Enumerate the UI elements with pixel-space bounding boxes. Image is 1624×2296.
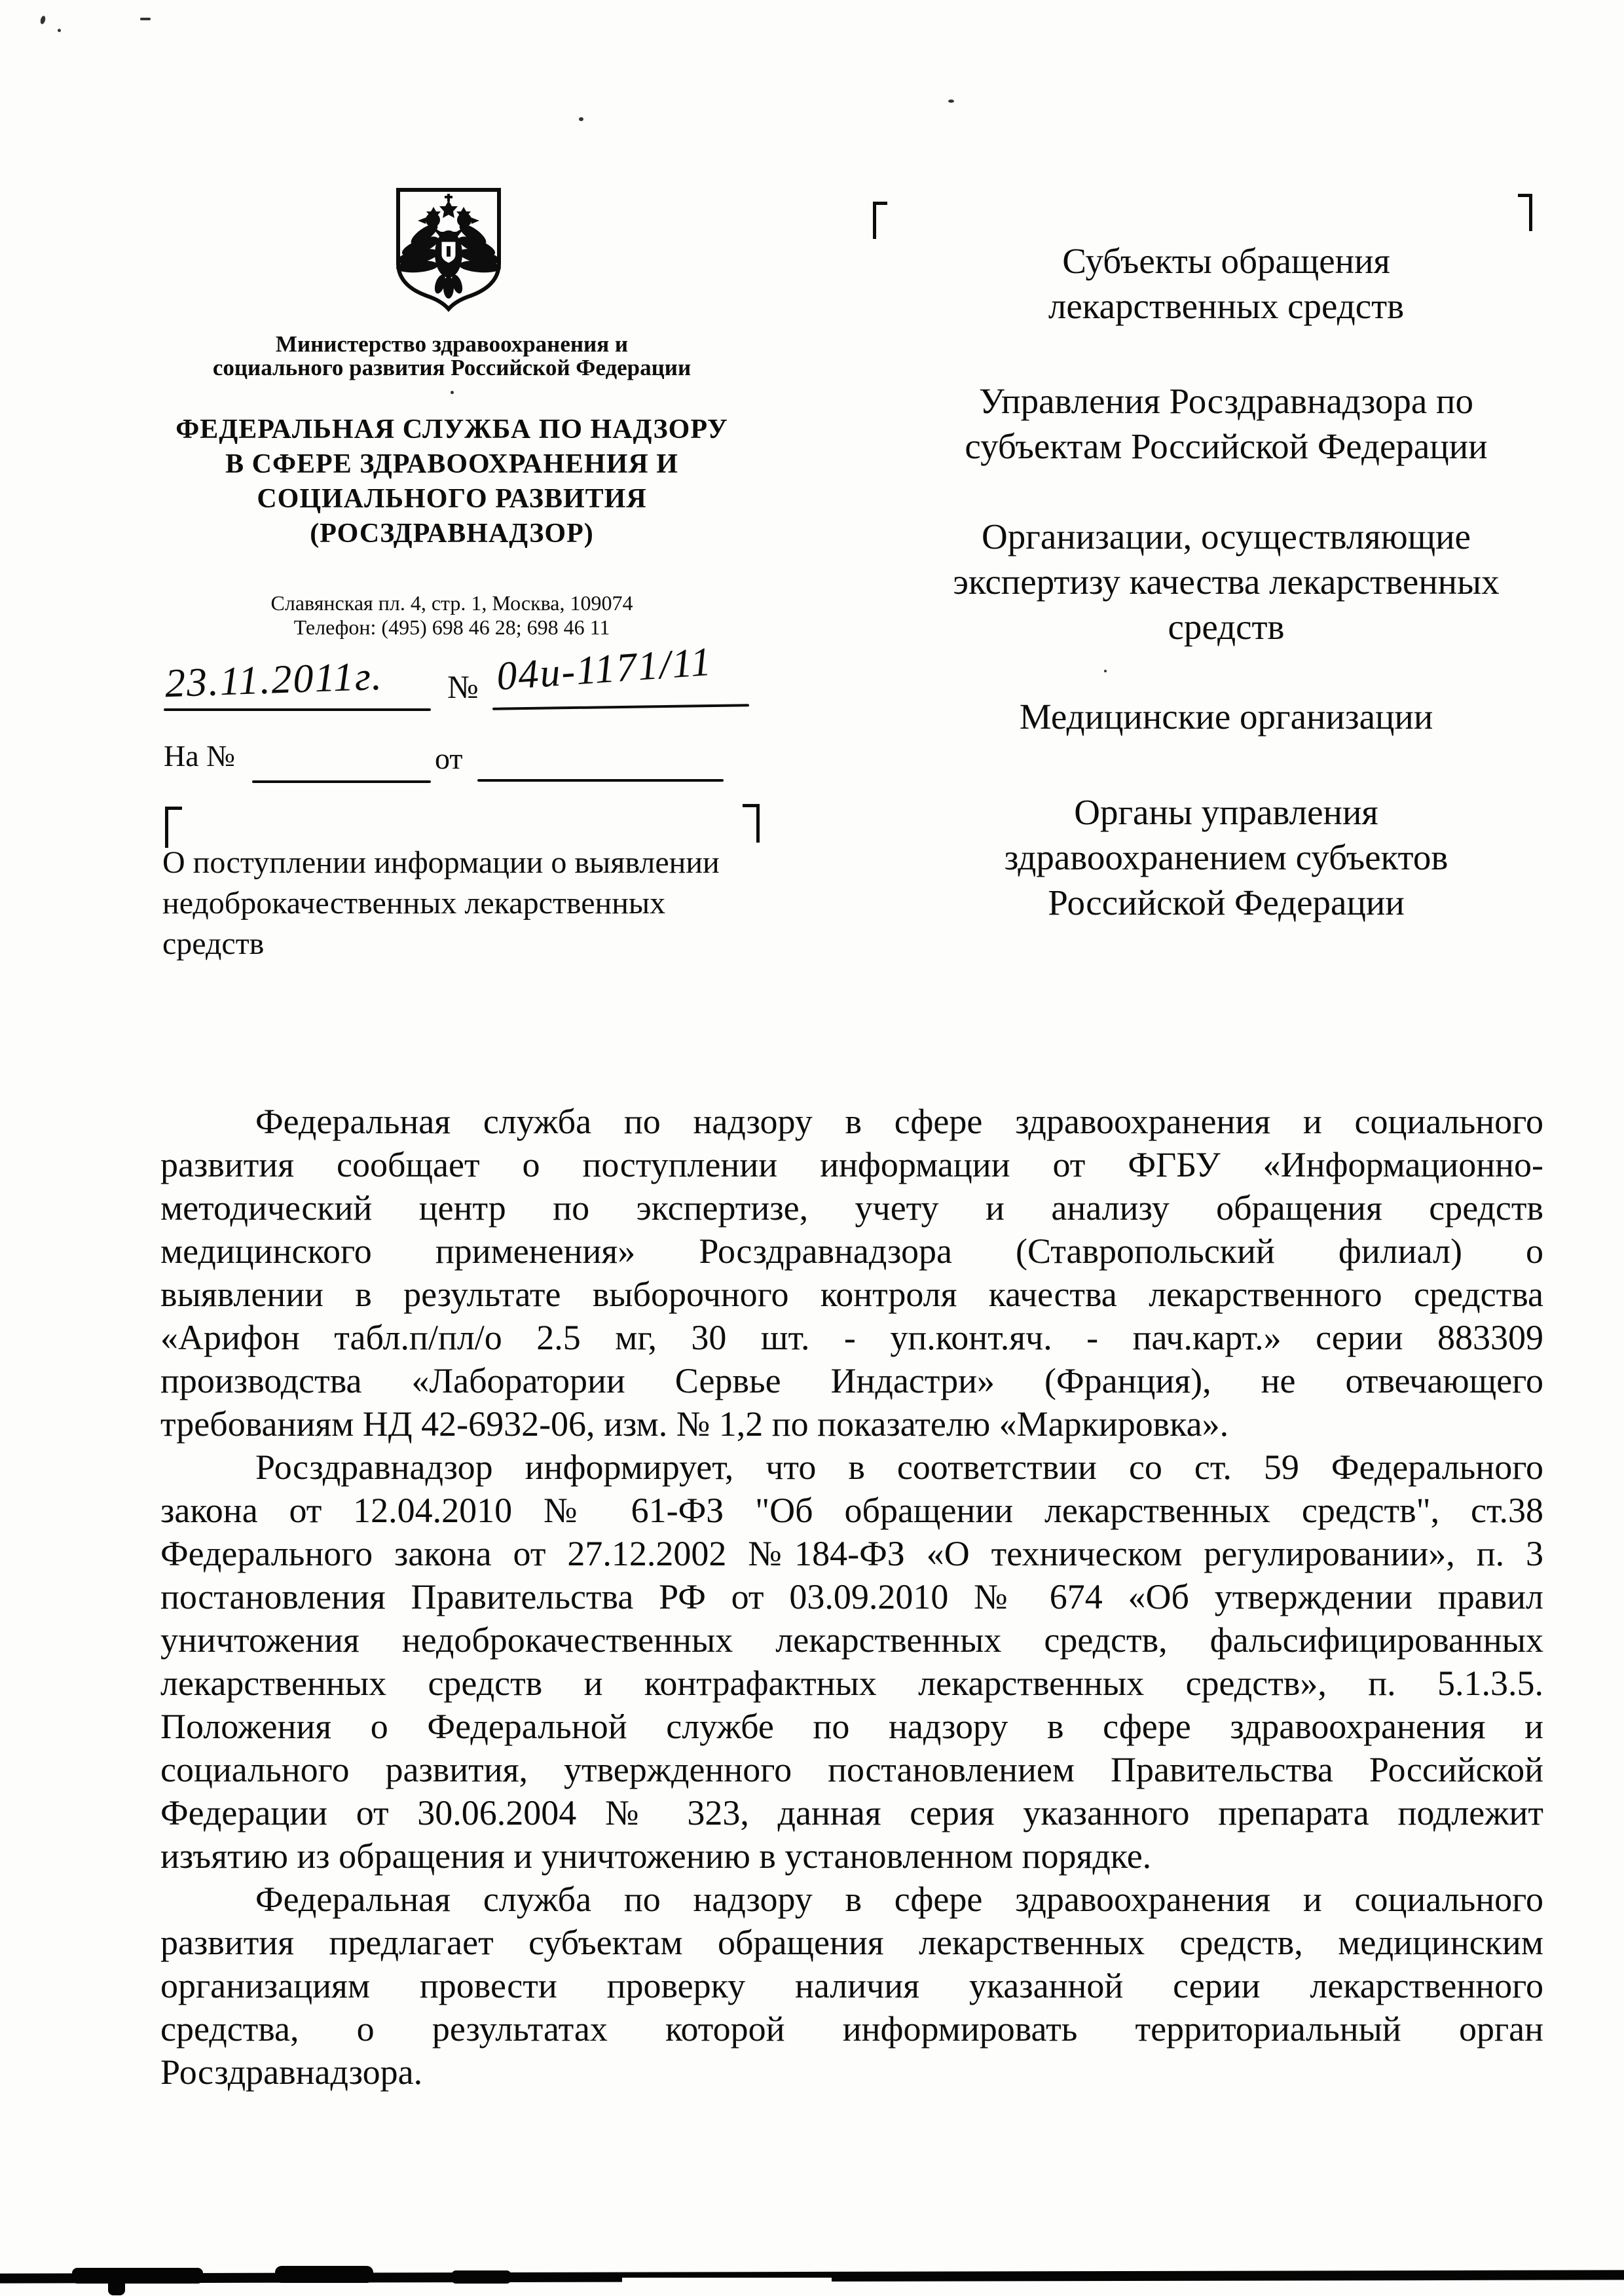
reply-number-label: На № <box>164 740 235 773</box>
body-line: медицинского применения» Росздравнадзора… <box>160 1230 1543 1273</box>
subject-block: О поступлении информации о выявлении нед… <box>162 843 765 964</box>
body-line: Федеральная служба по надзору в сфере зд… <box>160 1878 1543 1921</box>
body-line: производства «Лаборатории Сервье Индастр… <box>160 1359 1543 1402</box>
body-line: Положения о Федеральной службе по надзор… <box>160 1705 1543 1748</box>
addressee-line: Российской Федерации <box>845 880 1608 925</box>
addressee-line: Субъекты обращения <box>845 238 1608 283</box>
addressee-block: Организации, осуществляющие экспертизу к… <box>845 514 1608 649</box>
scan-artifact-gap <box>622 2278 832 2283</box>
reply-date-label: от <box>435 742 463 775</box>
agency-name: ФЕДЕРАЛЬНАЯ СЛУЖБА ПО НАДЗОРУ В СФЕРЕ ЗД… <box>157 412 747 551</box>
reply-number-blank-line <box>252 780 431 783</box>
ministry-line: Министерство здравоохранения и <box>157 333 747 356</box>
body-line: уничтожения недоброкачественных лекарств… <box>160 1618 1543 1662</box>
subject-line: О поступлении информации о выявлении <box>162 843 765 883</box>
scan-speck <box>579 117 583 121</box>
body-line: Федеральная служба по надзору в сфере зд… <box>160 1100 1543 1143</box>
body-line: Росздравнадзора. <box>160 2050 1543 2094</box>
addressee-block: Медицинские организации <box>845 694 1608 739</box>
body-line: социального развития, утвержденного пост… <box>160 1748 1543 1791</box>
date-blank-line <box>164 708 431 711</box>
agency-contacts: Славянская пл. 4, стр. 1, Москва, 109074… <box>157 591 747 640</box>
body-line: организациям провести проверку наличия у… <box>160 1964 1543 2007</box>
addressee-block: Управления Росздравнадзора по субъектам … <box>845 378 1608 469</box>
scan-speck <box>948 100 954 103</box>
body-line: постановления Правительства РФ от 03.09.… <box>160 1575 1543 1618</box>
addressee-line: экспертизу качества лекарственных <box>845 559 1608 604</box>
body-line: Федерации от 30.06.2004 № 323, данная се… <box>160 1791 1543 1834</box>
addressee-line: Управления Росздравнадзора по <box>845 378 1608 424</box>
body-line: методический центр по экспертизе, учету … <box>160 1186 1543 1230</box>
body-line: требованиям НД 42-6932-06, изм. № 1,2 по… <box>160 1402 1543 1446</box>
scan-speck <box>40 15 46 24</box>
subject-line: средств <box>162 924 765 964</box>
scan-speck <box>58 29 61 32</box>
body-line: выявлении в результате выборочного контр… <box>160 1273 1543 1316</box>
scan-speck <box>1104 670 1107 672</box>
ministry-name: Министерство здравоохранения и социально… <box>157 333 747 380</box>
agency-line: В СФЕРЕ ЗДРАВООХРАНЕНИЯ И <box>157 447 747 482</box>
ministry-line: социального развития Российской Федераци… <box>157 356 747 380</box>
body-line: изъятию из обращения и уничтожению в уст… <box>160 1834 1543 1878</box>
addressee-line: Органы управления <box>845 790 1608 835</box>
subject-corner-mark <box>743 804 760 843</box>
scan-speck <box>451 391 454 394</box>
addressee-block: Субъекты обращения лекарственных средств <box>845 238 1608 329</box>
scan-artifact-blob <box>452 2270 511 2284</box>
address-window-corner-mark <box>1518 194 1532 231</box>
coat-of-arms-icon <box>393 186 504 314</box>
scan-artifact-blob <box>72 2268 203 2284</box>
body-line: «Арифон табл.п/пл/о 2.5 мг, 30 шт. - уп.… <box>160 1316 1543 1359</box>
address-line: Славянская пл. 4, стр. 1, Москва, 109074 <box>157 591 747 615</box>
address-window-corner-mark <box>873 202 887 239</box>
body-line: средства, о результатах которой информир… <box>160 2007 1543 2050</box>
phone-line: Телефон: (495) 698 46 28; 698 46 11 <box>157 615 747 640</box>
agency-line: СОЦИАЛЬНОГО РАЗВИТИЯ <box>157 482 747 517</box>
addressee-line: средств <box>845 604 1608 649</box>
body-line: Росздравнадзор информирует, что в соотве… <box>160 1446 1543 1489</box>
scanned-letter-page: Министерство здравоохранения и социально… <box>0 0 1624 2296</box>
addressee-line: Организации, осуществляющие <box>845 514 1608 559</box>
outgoing-date-handwritten: 23.11.2011г. <box>164 651 441 708</box>
body-line: закона от 12.04.2010 № 61-ФЗ "Об обращен… <box>160 1489 1543 1532</box>
agency-line: (РОСЗДРАВНАДЗОР) <box>157 517 747 551</box>
body-line: развития сообщает о поступлении информац… <box>160 1143 1543 1186</box>
number-sign: № <box>447 668 479 706</box>
addressee-block: Органы управления здравоохранением субъе… <box>845 790 1608 925</box>
addressee-line: Медицинские организации <box>845 694 1608 739</box>
body-line: лекарственных средств и контрафактных ле… <box>160 1662 1543 1705</box>
body-line: развития предлагает субъектам обращения … <box>160 1921 1543 1964</box>
addressee-line: субъектам Российской Федерации <box>845 424 1608 469</box>
scan-artifact-blob <box>108 2281 125 2295</box>
reply-date-blank-line <box>477 779 724 782</box>
letter-body: Федеральная служба по надзору в сфере зд… <box>160 1100 1543 2094</box>
body-line: Федерального закона от 27.12.2002 №184-Ф… <box>160 1532 1543 1575</box>
outgoing-number-handwritten: 04и-1171/11 <box>495 634 773 700</box>
agency-line: ФЕДЕРАЛЬНАЯ СЛУЖБА ПО НАДЗОРУ <box>157 412 747 447</box>
subject-corner-mark <box>165 807 182 848</box>
subject-line: недоброкачественных лекарственных <box>162 883 765 924</box>
number-blank-line <box>492 704 749 710</box>
addressee-line: здравоохранением субъектов <box>845 835 1608 880</box>
addressee-line: лекарственных средств <box>845 283 1608 329</box>
scan-speck <box>140 18 151 20</box>
scan-artifact-blob <box>275 2266 373 2283</box>
